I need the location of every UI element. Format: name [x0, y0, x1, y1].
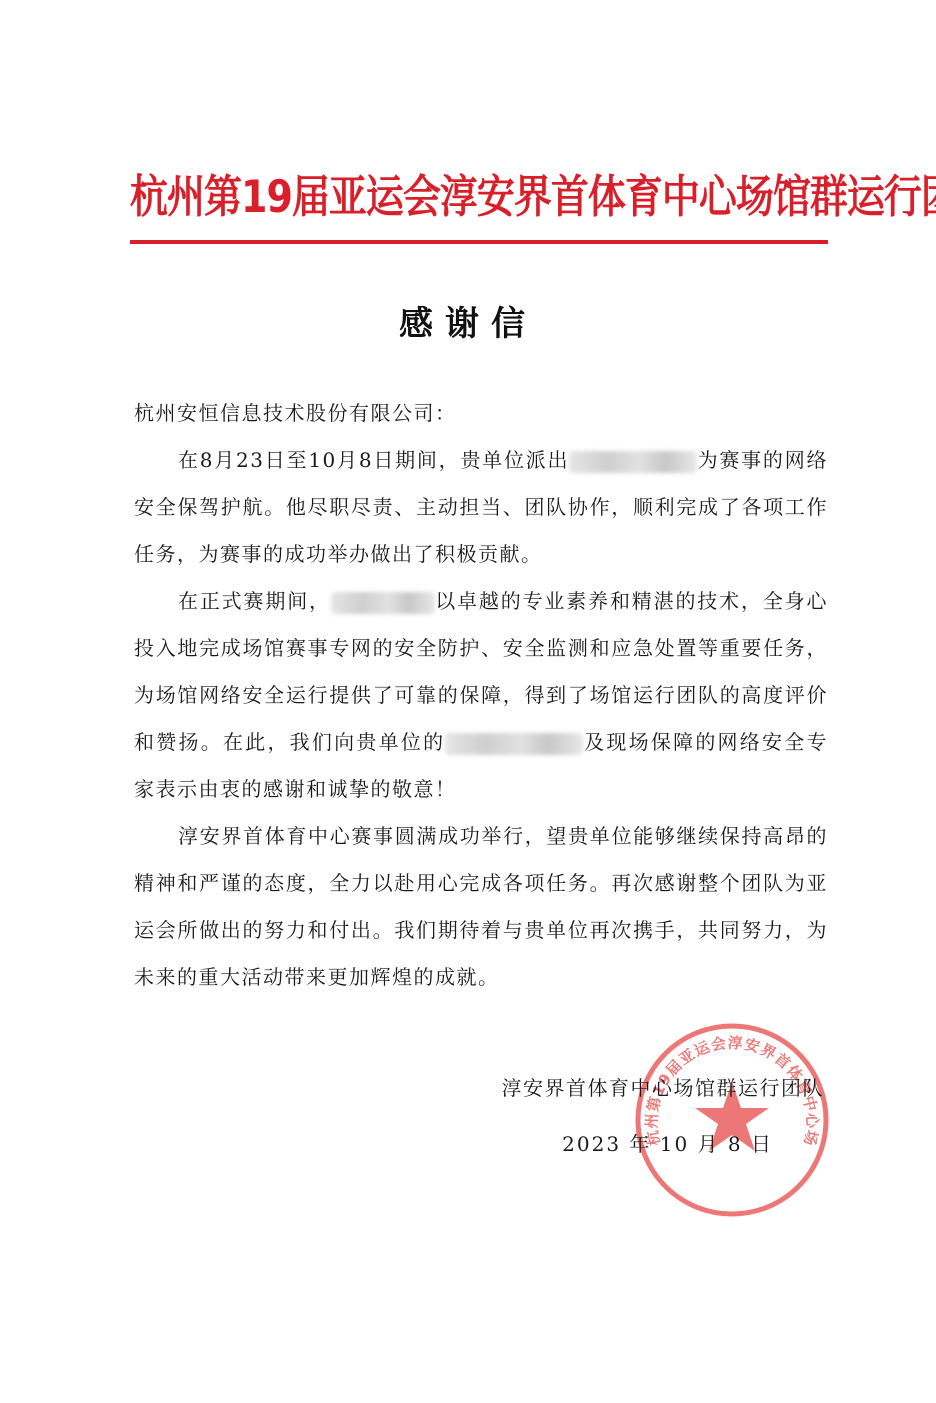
paragraph-text: 在正式赛期间， — [178, 589, 331, 613]
redacted-name — [331, 592, 435, 614]
letter-title: 感谢信 — [0, 296, 936, 345]
paragraph-3: 淳安界首体育中心赛事圆满成功举行，望贵单位能够继续保持高昂的精神和严谨的态度，全… — [134, 813, 828, 1001]
paragraph-2: 在正式赛期间，以卓越的专业素养和精湛的技术，全身心投入地完成场馆赛事专网的安全防… — [134, 578, 828, 813]
letter-date: 2023 年 10 月 8 日 — [562, 1128, 773, 1157]
signature: 淳安界首体育中心场馆群运行团队 — [502, 1072, 825, 1101]
organization-header: 杭州第19届亚运会淳安界首体育中心场馆群运行团队 — [130, 160, 830, 225]
header-divider — [130, 240, 828, 244]
paragraph-1: 在8月23日至10月8日期间，贵单位派出为赛事的网络安全保驾护航。他尽职尽责、主… — [134, 437, 828, 578]
letter-body: 杭州安恒信息技术股份有限公司： 在8月23日至10月8日期间，贵单位派出为赛事的… — [134, 390, 828, 1001]
official-seal-icon: 杭州第19届亚运会淳安界首体育中心场馆群运行团队 — [632, 1020, 832, 1220]
redacted-name — [569, 451, 697, 473]
paragraph-text: 在8月23日至10月8日期间，贵单位派出 — [178, 448, 569, 472]
redacted-name — [445, 733, 583, 755]
salutation: 杭州安恒信息技术股份有限公司： — [134, 390, 828, 437]
